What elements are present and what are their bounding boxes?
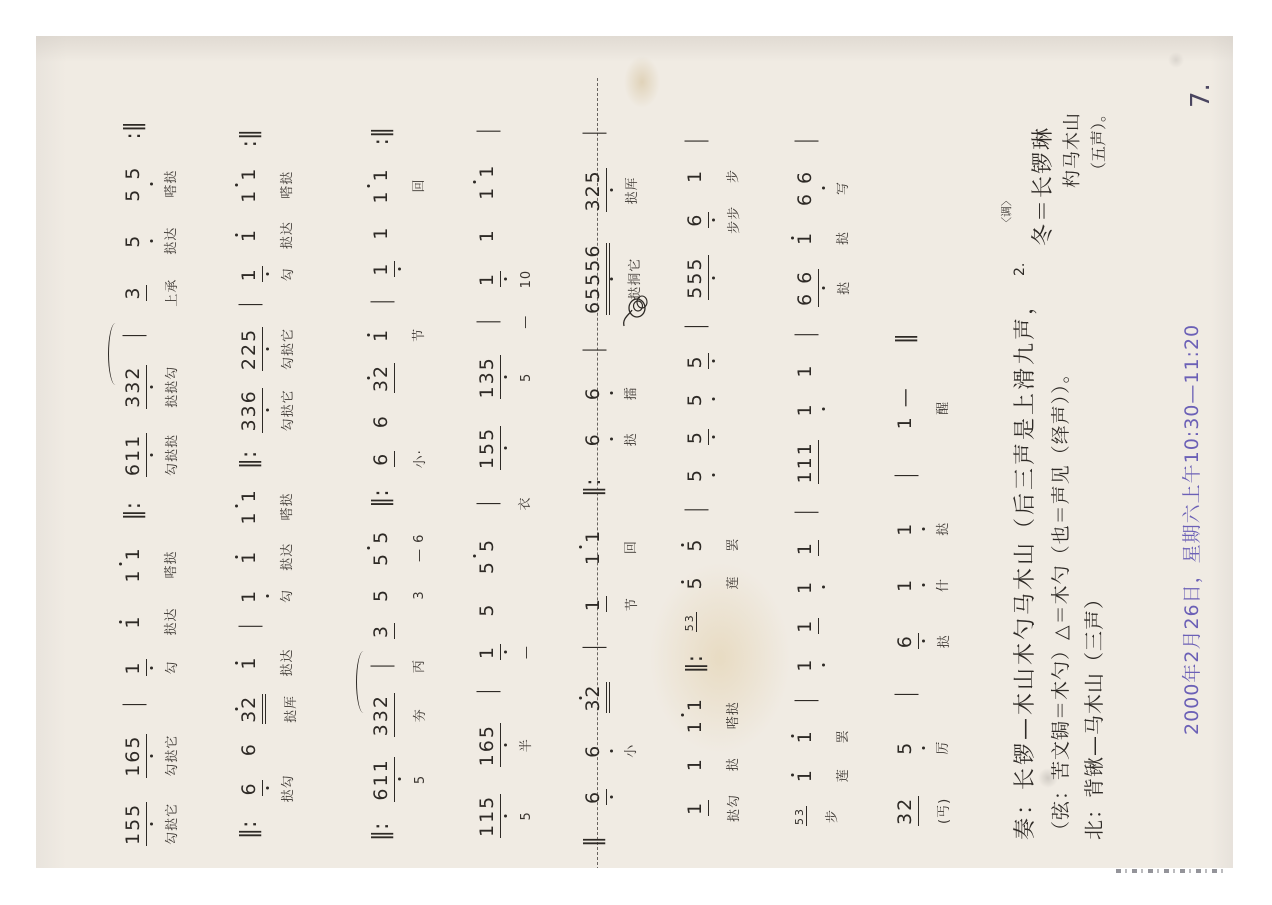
notation: 332 [370,693,395,737]
notation: 332 [122,365,147,409]
notation: ‖ [582,835,606,848]
notation: 6 [582,385,606,401]
note-token: 555 [684,255,742,299]
notation: 1 1 [122,545,146,583]
notation: ‖: [370,822,394,842]
notation: 5 5 [476,537,500,575]
notation: 555 [684,255,709,299]
notation: | [476,687,500,697]
notation: 6 [238,741,262,757]
note-token: 6挞 [582,431,639,447]
syllable: 回 [624,540,639,554]
note-token: 1挞达 [238,543,295,571]
note-token: 32挞厍 [238,694,299,724]
note-token: 1挞达 [122,608,179,636]
note-token: 5莲 [684,574,741,590]
bar-token: | [684,505,741,515]
date-stamp: 2000年2月26日，星期六上午10:30—11:20 [1177,324,1204,735]
syllable: (丐) [937,798,952,824]
notation: 5 5 [122,165,146,203]
note-token: 32 [370,363,428,393]
bar-token: | [122,331,179,341]
note-token: 6小· [370,449,428,468]
syllable: 挞 [624,432,639,446]
note-token: 1挞勾 [684,794,742,822]
syllable: — [518,315,533,329]
syllable: 挞挞勾 [165,366,180,408]
note-token: 3上承 [122,279,180,307]
syllable: 10 [519,270,534,289]
notation: 225 [238,327,263,371]
syllable: 勾挞它 [281,389,296,431]
syllable: 步步 [727,206,742,234]
note-token: 5 5— 6 [370,529,427,567]
note-token: 5 [476,602,533,618]
notation: 336 [238,388,263,432]
notation: | [370,297,394,307]
notation: 1 1 [582,528,606,566]
note-token: 1节 [582,596,640,612]
syllable: 罢 [836,729,851,743]
notation: 6 6 [794,269,819,307]
syllable: 挞达 [280,221,295,249]
notation: | [684,136,708,146]
note-token: 1155 [476,794,534,838]
note-token: 1挞达 [238,221,295,249]
performance-note-1: 奏：长锣—木山木勺马木山（后三声是上滑九声， [1008,290,1039,840]
notation: 1 [794,363,818,379]
note-token: 5 [684,391,741,407]
syllable: 挞勾 [281,774,296,802]
bar-token: | [794,507,851,517]
syllable: 3 [412,590,427,599]
syllable: 步 [726,169,741,183]
note-token: 5 [684,353,742,369]
performance-note-3: 北：背锹—马木山（三声） [1078,588,1107,840]
notation: | [582,345,606,355]
note-token: 1 [794,401,851,417]
notation: 6 [684,212,709,228]
notation: | [684,322,708,332]
note-token: 5 5 [476,537,533,575]
note-token: 1 1回 [582,528,639,566]
syllable: 半 [519,738,534,752]
syllable: 勾挞它 [165,803,180,845]
notation: ‖: [370,488,394,508]
syllable: 挞 [937,634,952,648]
notation: 611 [122,433,147,477]
notation: 6 [894,633,919,649]
notation: 32 [582,682,610,712]
notation: | [476,126,500,136]
note-token: 1 [794,618,852,634]
note-token: 165勾挞它 [122,734,180,778]
notation: ‖: [684,654,708,674]
note-token: 6 [370,413,427,429]
notation: | [794,695,818,705]
syllable: 什 [936,578,951,592]
note-token: 6步步 [684,206,742,234]
notation: 1 1 [370,166,394,204]
notation: 6 6 [794,169,818,207]
circled-mark-icon [620,294,650,328]
notation: 1 [238,654,262,670]
note-token: 1 1嗒挞 [122,545,179,583]
notation: 5 [684,537,708,553]
performance-note-1-sub: 杓马木山 [1058,112,1084,188]
notation: | [894,471,918,481]
notation: | [476,317,500,327]
note-token: 1 [794,363,851,379]
bar-token: | [894,689,951,699]
notation: ‖: [238,450,262,470]
notation: ‖: [238,820,262,840]
syllable: 写 [836,181,851,195]
notation: 1 [476,271,501,287]
bar-token: | [582,642,639,652]
syllable: 勾挞它 [281,328,296,370]
notation: 1 [684,168,708,184]
bar-token: | [794,330,851,340]
notation: 6 [370,451,395,467]
bar-token: | [684,322,741,332]
bar-token: | [122,700,179,710]
syllable: 勾 [165,661,180,675]
note-token: 53 [370,587,427,603]
score-line-5: ‖66小32|1节1 1回‖:6挞6擂|65556挞挏它325挞厍| [582,128,643,848]
notation: :‖ [370,126,394,146]
bar-token: | [582,345,639,355]
syllable: 挞达 [280,649,295,677]
repeat-end-token: :‖ [370,126,427,146]
note-token: 32(丐) [894,796,952,826]
syllable: 勾 [281,267,296,281]
bar-token: |丙 [370,659,427,673]
note-token: 1挞 [794,230,851,246]
score-line-6: 1挞勾1挞1 1嗒挞‖:535莲5罢|5555|5556步步1步| [684,136,742,822]
note-token: 325挞厍 [582,168,640,212]
syllable: 挞达 [164,608,179,636]
bar-token: | [476,126,533,136]
notation: | [794,507,818,517]
notation: 1 [370,327,394,343]
notation: | [794,136,818,146]
note-token: 165半 [476,723,534,767]
notation: 1 [894,577,918,593]
syllable: 挞 [837,281,852,295]
notation: 5 [684,429,709,445]
notation: 111 [794,440,819,484]
syllable: 罢 [726,538,741,552]
notation: | [122,700,146,710]
syllable: 5 [519,811,534,820]
note-token: 332夯 [370,693,428,737]
syllable: 丙 [412,659,427,673]
notation: 5 [122,233,146,249]
notation: ‖: [122,501,146,521]
notation: | [122,331,146,341]
note-token: 1罢 [794,728,851,744]
note-token: 1挞 [894,521,951,537]
notation: 5 [370,587,394,603]
repeat-start-token: ‖: [684,654,741,674]
syllable: 挞厍 [284,695,299,723]
notation: 165 [122,734,147,778]
performance-note-1-end: （五声）。 [1086,106,1109,178]
notation: 5 5 [370,529,394,567]
notation: 165 [476,723,501,767]
notation: 5 [684,467,708,483]
notation: | [238,621,262,631]
score-line-4: 1155165半|1—55 5|衣1551355|—11011 1| [476,126,534,838]
note-token: 1 1嗒挞 [684,696,741,734]
note-token: 1 1 [476,163,533,201]
repeat-start-token: ‖: [238,450,295,470]
notation: 6 [582,431,606,447]
notation: 1 [684,756,708,772]
syllable: 挞 [936,522,951,536]
note-token: 5 5嗒挞 [122,165,179,203]
notation: | [894,689,918,699]
note-token: 1 1回 [370,166,427,204]
note-token: 1 [370,261,428,277]
notation: 53 [684,612,697,632]
notation: 1 [238,266,263,282]
notation: 1 [894,521,918,537]
syllable: 回 [412,179,427,193]
notation: 1 1 [476,163,500,201]
notation: 115 [476,794,501,838]
notation: 32 [238,694,266,724]
note-token: 32 [582,682,643,712]
note-token: 1什 [894,577,951,593]
bar-token: |— [476,315,533,329]
notation: | [238,300,262,310]
notation: 1 [370,261,395,277]
note-token: 1挞 [684,756,741,772]
syllable: 5 [519,373,534,382]
syllable: 节 [412,328,427,342]
notation: 6 [370,413,394,429]
notation: 155 [476,426,501,470]
notation: 5 [684,574,708,590]
notation: 1 [122,613,146,629]
notation: 1 [794,618,819,634]
syllable: 莲 [726,575,741,589]
bar-token: | [370,297,427,307]
note-token: 1 [794,540,852,556]
notation: 1 [582,596,607,612]
score-sheet: 155勾挞它165勾挞它|1勾1挞达1 1嗒挞‖:611勾挞挞332挞挞勾|3上… [36,36,1233,868]
note-token: 155 [476,426,534,470]
notation: 65556 [582,243,610,315]
bar-token: | [476,687,533,697]
section-label: 〈调〉 [998,195,1014,228]
syllable: 嗒挞 [164,170,179,198]
notation: 1 1 [238,166,262,204]
syllable: 勾挞它 [165,735,180,777]
notation: 1 [794,401,818,417]
notation: 1 [238,588,262,604]
note-token: 6挞勾 [238,774,296,802]
notation: 1 [794,230,818,246]
note-token: 6小 [582,743,639,759]
notation: 1 1 [684,696,708,734]
double-bar-token: ‖ [582,835,639,848]
note-token: 1 [794,657,851,673]
bar-token: | [582,128,639,138]
score-line-8: 32(丐)5厉|6挞1什1挞|1 —醒‖ [894,332,952,826]
notation: 5 [684,391,708,407]
note-token: 155勾挞它 [122,802,180,846]
syllable: 勾 [280,589,295,603]
notation: 53 [794,806,807,826]
syllable: 醒 [936,401,951,415]
notation: 1 [238,549,262,565]
note-token: 5厉 [894,740,951,756]
syllable: 挞勾 [727,794,742,822]
note-token: 1 1嗒挞 [238,487,295,525]
note-token: 5 [684,467,741,483]
notation: | [794,330,818,340]
note-token: 6 6挞 [794,269,852,307]
note-token: 111 [794,440,852,484]
repeat-end-token: :‖ [238,128,295,148]
notation: 1 [476,227,500,243]
notation: 1 [794,728,818,744]
notation: 135 [476,355,501,399]
repeat-end-token: :‖ [122,120,179,140]
syllable: 擂 [624,386,639,400]
bar-token: | [684,136,741,146]
score-line-2: ‖:6挞勾632挞厍1挞达|1勾1挞达1 1嗒挞‖:336勾挞它225勾挞它|1… [238,128,299,840]
note-token: 225勾挞它 [238,327,296,371]
note-token: 6挞 [894,633,952,649]
performance-note-1-continued: 冬＝长锣琳 [1026,126,1057,246]
notation: ‖ [894,332,918,345]
notation: 5 [894,740,918,756]
performance-note-2: （弦：苦文锔＝木勺）△＝木勺（也＝声见（绎声））。 [1046,363,1073,840]
bar-token: | [238,621,295,631]
note-token: 1355 [476,355,534,399]
note-token: 1— [476,644,534,660]
note-token: 1勾 [238,266,296,282]
note-token: 1 1嗒挞 [238,166,295,204]
notation: 1 [794,579,818,595]
note-token: 332挞挞勾 [122,365,180,409]
grace-token: 53步 [794,806,840,826]
note-token: 5 [684,429,742,445]
notation: 611 [370,757,395,801]
syllable: 莲 [836,768,851,782]
syllable: 勾挞挞 [165,434,180,476]
notation: 1 [476,644,501,660]
scanned-page: 155勾挞它165勾挞它|1勾1挞达1 1嗒挞‖:611勾挞挞332挞挞勾|3上… [36,36,1233,868]
syllable: 5 [413,775,428,784]
notation: | [476,498,500,508]
syllable: 挞达 [164,227,179,255]
note-token: 6 6写 [794,169,851,207]
note-token: 1 —醒 [894,385,951,430]
notation: 5 [476,602,500,618]
notation: ‖: [582,477,606,497]
syllable: — [519,645,534,659]
grace-token: 53 [684,612,730,632]
repeat-start-token: ‖: [582,477,639,497]
notation: 1 [370,225,394,241]
notation: 6 [582,743,606,759]
notation: 1 [684,800,709,816]
syllable: — 6 [412,534,427,562]
notation: 1 [794,657,818,673]
syllable: 挞厍 [625,176,640,204]
notation: 325 [582,168,607,212]
note-token: 110 [476,270,534,289]
notation: 32 [894,796,919,826]
syllable: 嗒挞 [280,492,295,520]
repeat-start-token: ‖: [370,488,427,508]
syllable: 挞达 [280,543,295,571]
syllable: 小· [413,449,428,468]
notation: | [684,505,708,515]
bar-token: |衣 [476,497,533,511]
note-token: 5罢 [684,537,741,553]
syllable: 挞 [726,757,741,771]
syllable: 小 [624,744,639,758]
notation: 3 [370,623,395,639]
notation: 1 [238,227,262,243]
notation: | [370,661,394,671]
syllable: 嗒挞 [726,701,741,729]
notation: :‖ [238,128,262,148]
note-token: 611勾挞挞 [122,433,180,477]
notation: 3 [122,285,147,301]
syllable: 嗒挞 [280,171,295,199]
notation: 32 [370,363,395,393]
note-token: 1莲 [794,767,851,783]
note-token: 6擂 [582,385,639,401]
section-number: 2. [1012,263,1028,276]
bar-token: | [238,300,295,310]
note-token: 3 [370,623,428,639]
notation: 1 1 [238,487,262,525]
syllable: 节 [625,597,640,611]
bar-token: | [894,471,951,481]
bar-token: | [794,695,851,705]
note-token: 5挞达 [122,227,179,255]
notation: 6 [582,789,607,805]
score-line-1: 155勾挞它165勾挞它|1勾1挞达1 1嗒挞‖:611勾挞挞332挞挞勾|3上… [122,120,180,846]
note-token: 1 [794,579,851,595]
repeat-start-token: ‖: [122,501,179,521]
notation: 5 [684,353,709,369]
notation: 1 — [894,385,918,430]
syllable: 嗒挞 [164,550,179,578]
note-token: 6 [238,741,295,757]
note-token: 1节 [370,327,427,343]
notation: | [582,128,606,138]
note-token: 1 [370,225,427,241]
note-token: 1步 [684,168,741,184]
repeat-start-token: ‖: [370,822,427,842]
note-token: 1 [476,227,533,243]
syllable: 夯 [413,708,428,722]
notation: 1 [122,659,147,675]
notation: | [582,642,606,652]
syllable: 上承 [165,279,180,307]
note-token: 6115 [370,757,428,801]
syllable: 挞 [836,231,851,245]
